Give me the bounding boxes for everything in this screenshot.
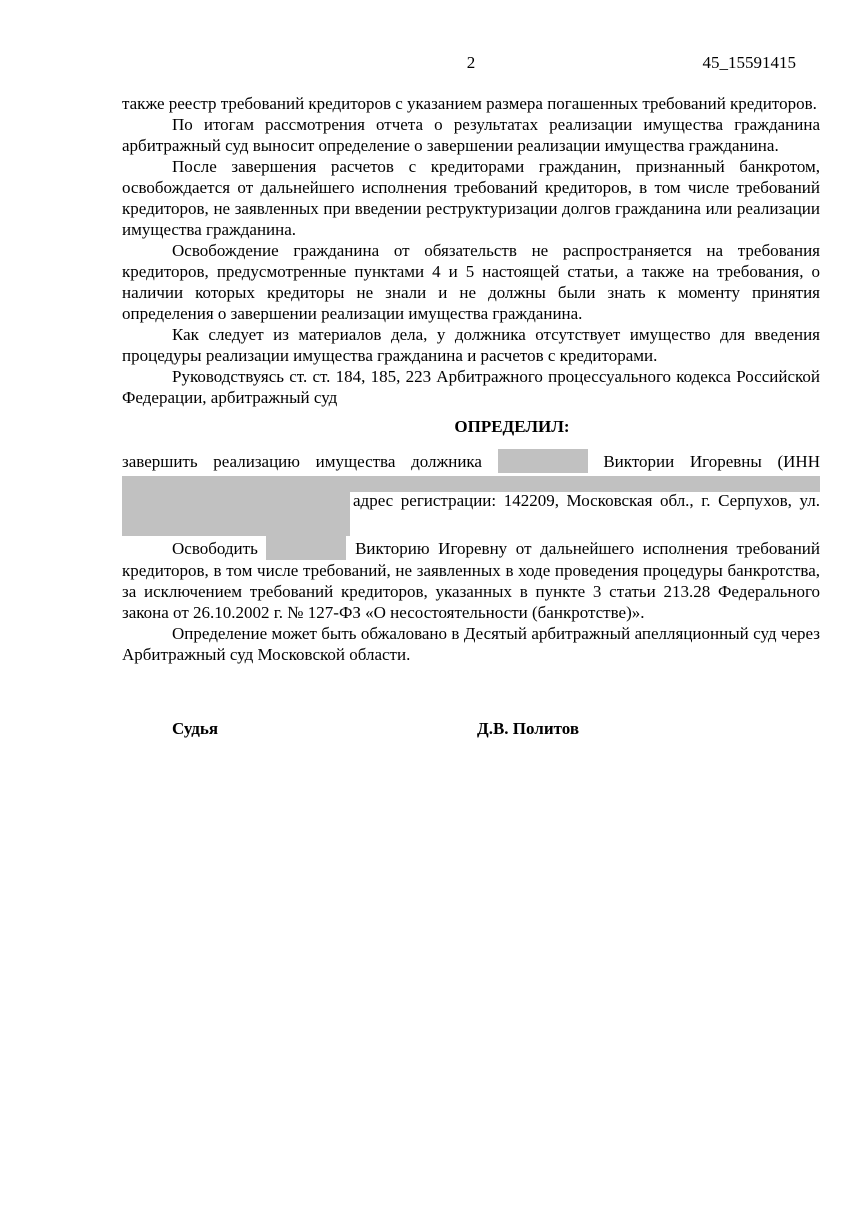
- case-number: 45_15591415: [703, 52, 797, 73]
- signature-title: Судья: [172, 718, 218, 739]
- address-line: адрес регистрации: 142209, Московская об…: [353, 490, 820, 511]
- signature-row: Судья Д.В. Политов: [122, 718, 820, 739]
- page-header: 2 45_15591415: [122, 52, 820, 73]
- release-text-before: Освободить: [172, 539, 258, 558]
- signature-name: Д.В. Политов: [477, 718, 579, 739]
- body-paragraph: Как следует из материалов дела, у должни…: [122, 324, 820, 366]
- body-paragraph: Освобождение гражданина от обязательств …: [122, 240, 820, 324]
- redaction-box: [498, 449, 588, 473]
- release-paragraph: Освободить Викторию Игоревну от дальнейш…: [122, 536, 820, 623]
- redacted-area: адрес регистрации: 142209, Московская об…: [122, 476, 820, 536]
- redaction-block-left: [122, 476, 350, 536]
- document-body: также реестр требований кредиторов с ука…: [122, 93, 820, 739]
- body-paragraph: также реестр требований кредиторов с ука…: [122, 93, 820, 114]
- body-paragraph: Руководствуясь ст. ст. 184, 185, 223 Арб…: [122, 366, 820, 408]
- resolution-heading: ОПРЕДЕЛИЛ:: [163, 416, 861, 437]
- resolution-line-text-before: завершить реализацию имущества должника: [122, 452, 482, 471]
- redaction-box: [266, 536, 346, 560]
- appeal-paragraph: Определение может быть обжаловано в Деся…: [122, 623, 820, 665]
- body-paragraph: После завершения расчетов с кредиторами …: [122, 156, 820, 240]
- resolution-line: завершить реализацию имущества должника …: [122, 449, 820, 473]
- document-page: 2 45_15591415 также реестр требований кр…: [0, 0, 862, 1220]
- body-paragraph: По итогам рассмотрения отчета о результа…: [122, 114, 820, 156]
- resolution-line-text-after: Виктории Игоревны (ИНН: [603, 452, 820, 471]
